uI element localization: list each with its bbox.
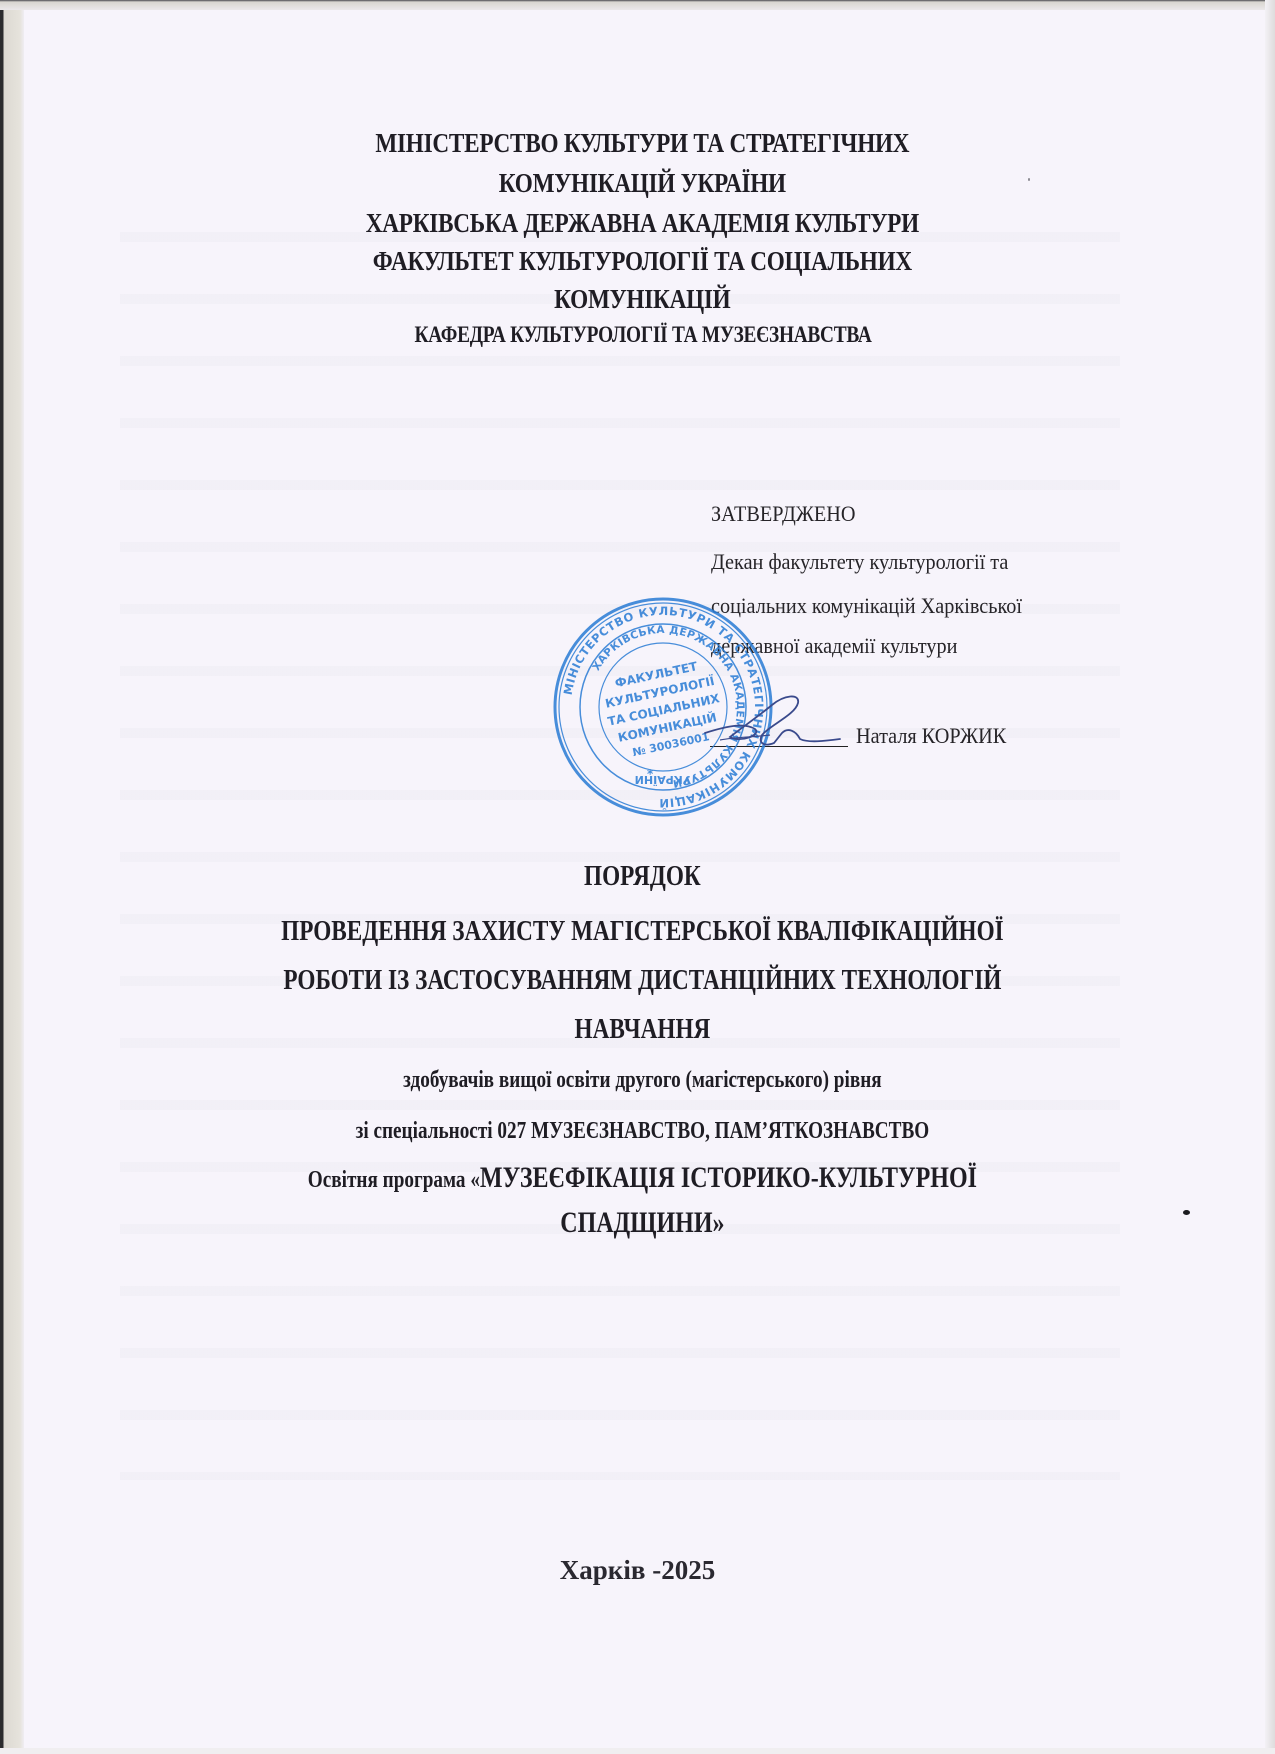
title-line-1: ПРОВЕДЕННЯ ЗАХИСТУ МАГІСТЕРСЬКОЇ КВАЛІФІ… <box>132 915 1152 948</box>
title-line-3: НАВЧАННЯ <box>132 1013 1152 1046</box>
dean-name: Наталя КОРЖИК <box>856 723 1006 749</box>
document-heading: ПОРЯДОК <box>132 860 1152 893</box>
ministry-line-2: КОМУНІКАЦІЙ УКРАЇНИ <box>94 168 1191 199</box>
scan-bottom-border <box>0 1748 1275 1754</box>
stamp-bottom-text: УКРАЇНИ <box>635 773 692 787</box>
program-prefix: Освітня програма « <box>308 1167 480 1193</box>
program-name-part-2: СПАДЩИНИ» <box>132 1206 1152 1240</box>
subtitle-program: Освітня програма «МУЗЕЄФІКАЦІЯ ІСТОРИКО-… <box>132 1161 1152 1195</box>
bleed-through-texture <box>120 180 1120 1480</box>
academy-name: ХАРКІВСЬКА ДЕРЖАВНА АКАДЕМІЯ КУЛЬТУРИ <box>94 208 1191 239</box>
faculty-line-2: КОМУНІКАЦІЙ <box>94 284 1191 315</box>
scan-speck-dot <box>1183 1210 1190 1215</box>
subtitle-audience: здобувачів вищої освіти другого (магісте… <box>132 1067 1152 1094</box>
program-name-part-1: МУЗЕЄФІКАЦІЯ ІСТОРИКО-КУЛЬТУРНОЇ <box>480 1161 977 1194</box>
scan-right-border <box>1265 0 1275 1754</box>
city-year: Харків -2025 <box>0 1555 1275 1586</box>
dean-position-line-1: Декан факультету культурології та <box>711 549 1008 575</box>
title-line-2: РОБОТИ ІЗ ЗАСТОСУВАННЯМ ДИСТАНЦІЙНИХ ТЕХ… <box>132 964 1152 997</box>
approved-label: ЗАТВЕРДЖЕНО <box>711 501 855 527</box>
subtitle-specialty: зі спеціальності 027 МУЗЕЄЗНАВСТВО, ПАМ’… <box>132 1118 1152 1145</box>
svg-text:*: * <box>647 767 654 781</box>
scanned-page: МІНІСТЕРСТВО КУЛЬТУРИ ТА СТРАТЕГІЧНИХ КО… <box>0 0 1275 1754</box>
department-name: КАФЕДРА КУЛЬТУРОЛОГІЇ ТА МУЗЕЄЗНАВСТВА <box>108 322 1179 348</box>
signature-icon <box>700 685 850 755</box>
scan-top-border <box>0 0 1275 10</box>
faculty-line-1: ФАКУЛЬТЕТ КУЛЬТУРОЛОГІЇ ТА СОЦІАЛЬНИХ <box>94 246 1191 277</box>
scan-left-border <box>0 0 24 1754</box>
ministry-line-1: МІНІСТЕРСТВО КУЛЬТУРИ ТА СТРАТЕГІЧНИХ <box>94 128 1191 159</box>
